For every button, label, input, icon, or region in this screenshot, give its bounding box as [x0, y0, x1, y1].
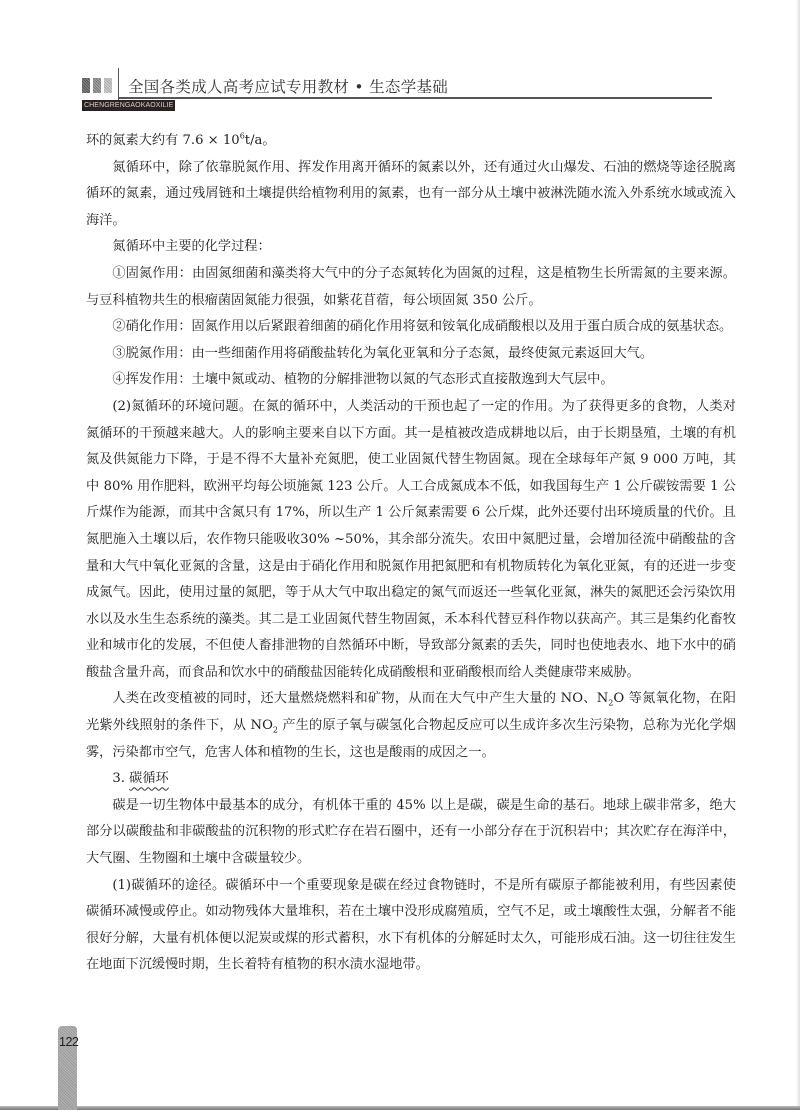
list-item-denitrification: ③脱氮作用：由一些细菌作用将硝酸盐转化为氧化亚氧和分子态氮，最终使氮元素返回大气…: [86, 341, 736, 368]
text-run: 环的氮素大约有 7.6 × 10: [86, 133, 240, 148]
paragraph-environment-issues: (2)氮循环的环境问题。在氮的循环中，人类活动的干预也起了一定的作用。为了获得更…: [86, 394, 736, 687]
paragraph: 碳是一切生物体中最基本的成分，有机体干重的 45% 以上是碳，碳是生命的基石。地…: [86, 793, 736, 873]
decor-block: [104, 78, 112, 93]
header-divider: [118, 68, 119, 100]
section-heading-carbon-cycle: 3. 碳循环: [86, 766, 736, 793]
paragraph-carbon-pathway: (1)碳循环的途径。碳循环中一个重要现象是碳在经过食物链时，不是所有碳原子都能被…: [86, 873, 736, 979]
header-decoration-icon: [82, 78, 112, 93]
decor-block: [93, 78, 101, 93]
text-run: 人类在改变植被的同时，还大量燃烧燃料和矿物，从而在大气中产生大量的 NO、N: [112, 691, 608, 706]
section-title: 碳循环: [129, 771, 169, 786]
book-title: 全国各类成人高考应试专用教材 • 生态学基础: [128, 75, 448, 97]
decor-block: [82, 78, 90, 93]
paragraph: 氮循环中，除了依靠脱氮作用、挥发作用离开循环的氮素以外，还有通过火山爆发、石油的…: [86, 155, 736, 235]
page-edge-right: [796, 0, 800, 1110]
list-item-volatilization: ④挥发作用：土壤中氮或动、植物的分解排泄物以氮的气态形式直接散逸到大气层中。: [86, 367, 736, 394]
section-number: 3.: [112, 771, 129, 786]
running-header: 全国各类成人高考应试专用教材 • 生态学基础 CHENGRENGAOKAOXIL…: [82, 64, 630, 112]
page-body: 环的氮素大约有 7.6 × 106t/a。 氮循环中，除了依靠脱氮作用、挥发作用…: [86, 128, 736, 979]
list-item-nitrification: ②硝化作用：固氮作用以后紧跟着细菌的硝化作用将氨和铵氧化成硝酸根以及用于蛋白质合…: [86, 314, 736, 341]
series-tag: CHENGRENGAOKAOXILIE: [82, 100, 175, 111]
header-rule: [118, 97, 712, 99]
list-item-nitrogen-fixation: ①固氮作用：由固氮细菌和藻类将大气中的分子态氮转化为固氮的过程，这是植物生长所需…: [86, 261, 736, 314]
page-edge-bottom: [0, 1106, 800, 1110]
text-run: t/a。: [245, 133, 276, 148]
page-number: 122: [59, 1036, 76, 1049]
paragraph-nitrogen-oxides: 人类在改变植被的同时，还大量燃烧燃料和矿物，从而在大气中产生大量的 NO、N2O…: [86, 686, 736, 766]
paragraph-intro: 氮循环中主要的化学过程：: [86, 234, 736, 261]
paragraph-continued: 环的氮素大约有 7.6 × 106t/a。: [86, 128, 736, 155]
